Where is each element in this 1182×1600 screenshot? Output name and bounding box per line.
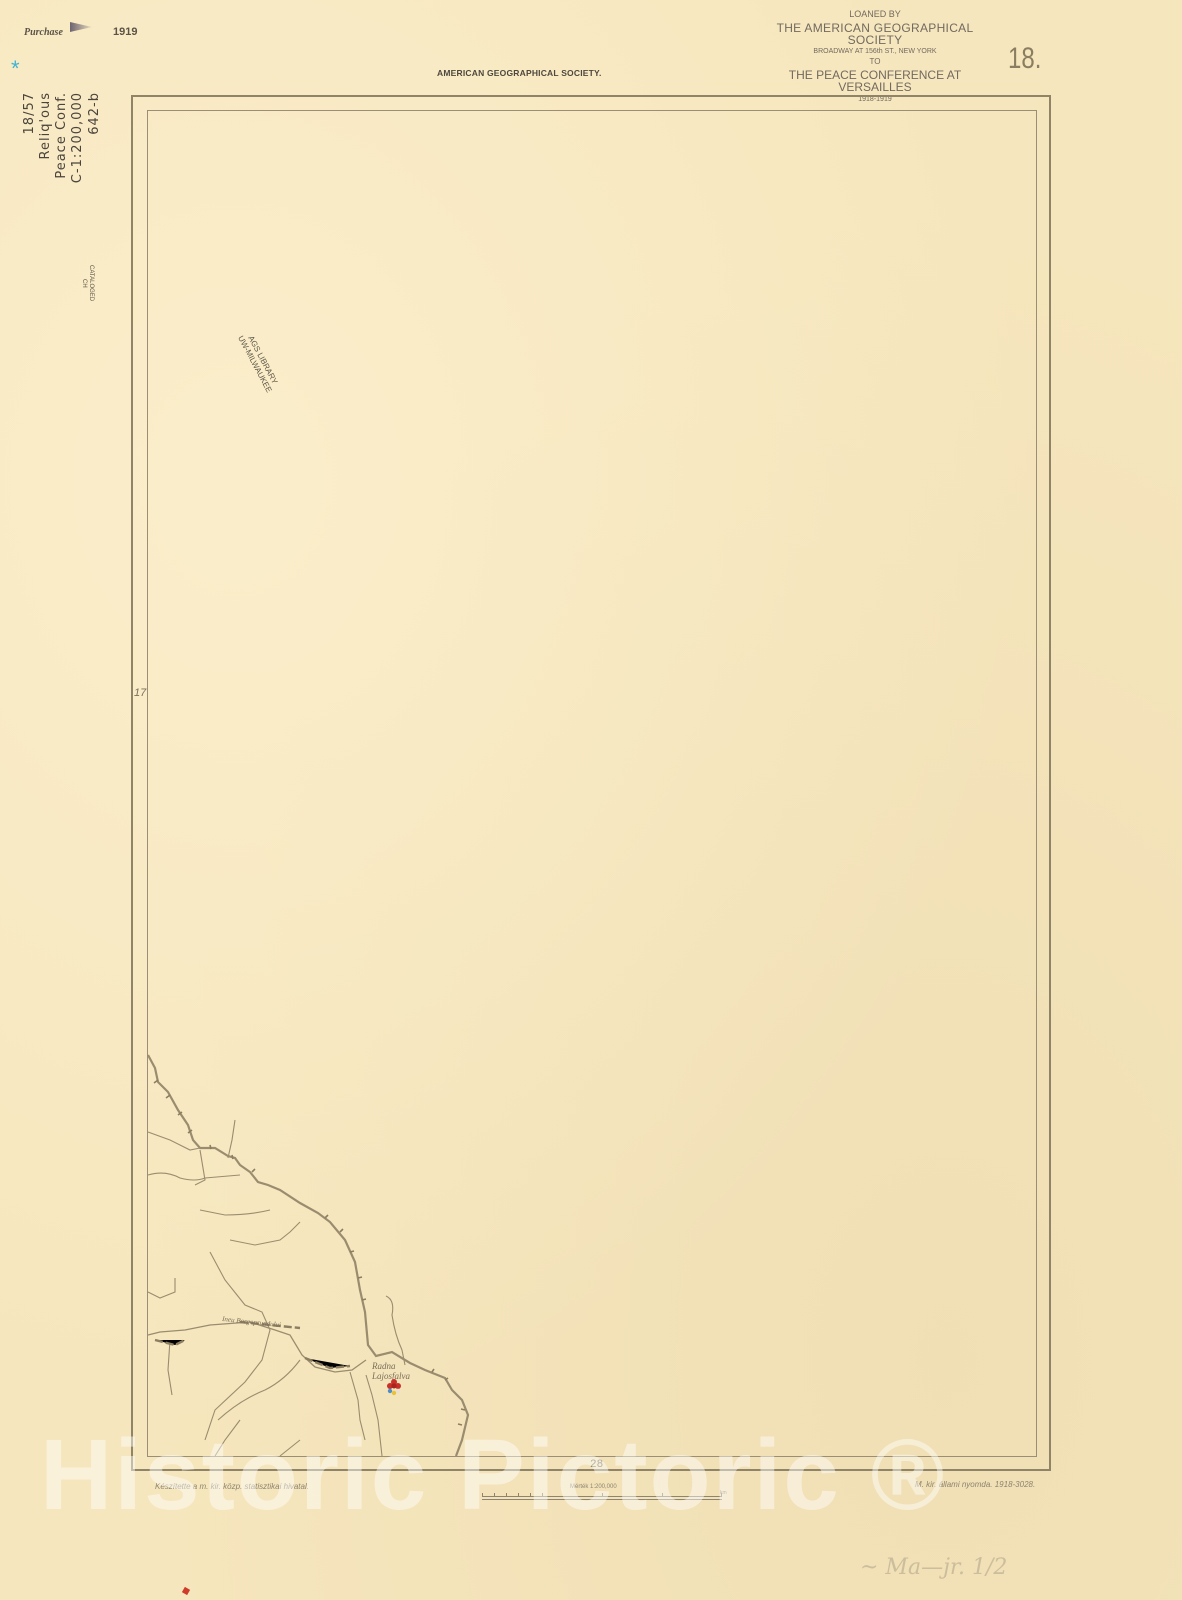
map-linework bbox=[0, 0, 1182, 1600]
scale-label: Mérték 1:200,000 bbox=[570, 1484, 617, 1490]
pencil-signature: ~ Ma—jr. 1/2 bbox=[860, 1555, 1007, 1580]
scale-unit: km bbox=[720, 1490, 727, 1496]
place-name: Radna bbox=[372, 1361, 410, 1371]
town-marker-icon bbox=[386, 1378, 402, 1396]
publisher-credit: Készítette a m. kir. közp. statisztikai … bbox=[155, 1482, 309, 1491]
adjacent-sheet-west: 17 bbox=[134, 687, 146, 699]
border-river bbox=[148, 1055, 468, 1456]
printer-credit: M. kir. állami nyomda. 1918-3028. bbox=[915, 1480, 1035, 1489]
scale-bar bbox=[482, 1496, 722, 1500]
adjacent-sheet-south: 28 bbox=[590, 1459, 603, 1471]
